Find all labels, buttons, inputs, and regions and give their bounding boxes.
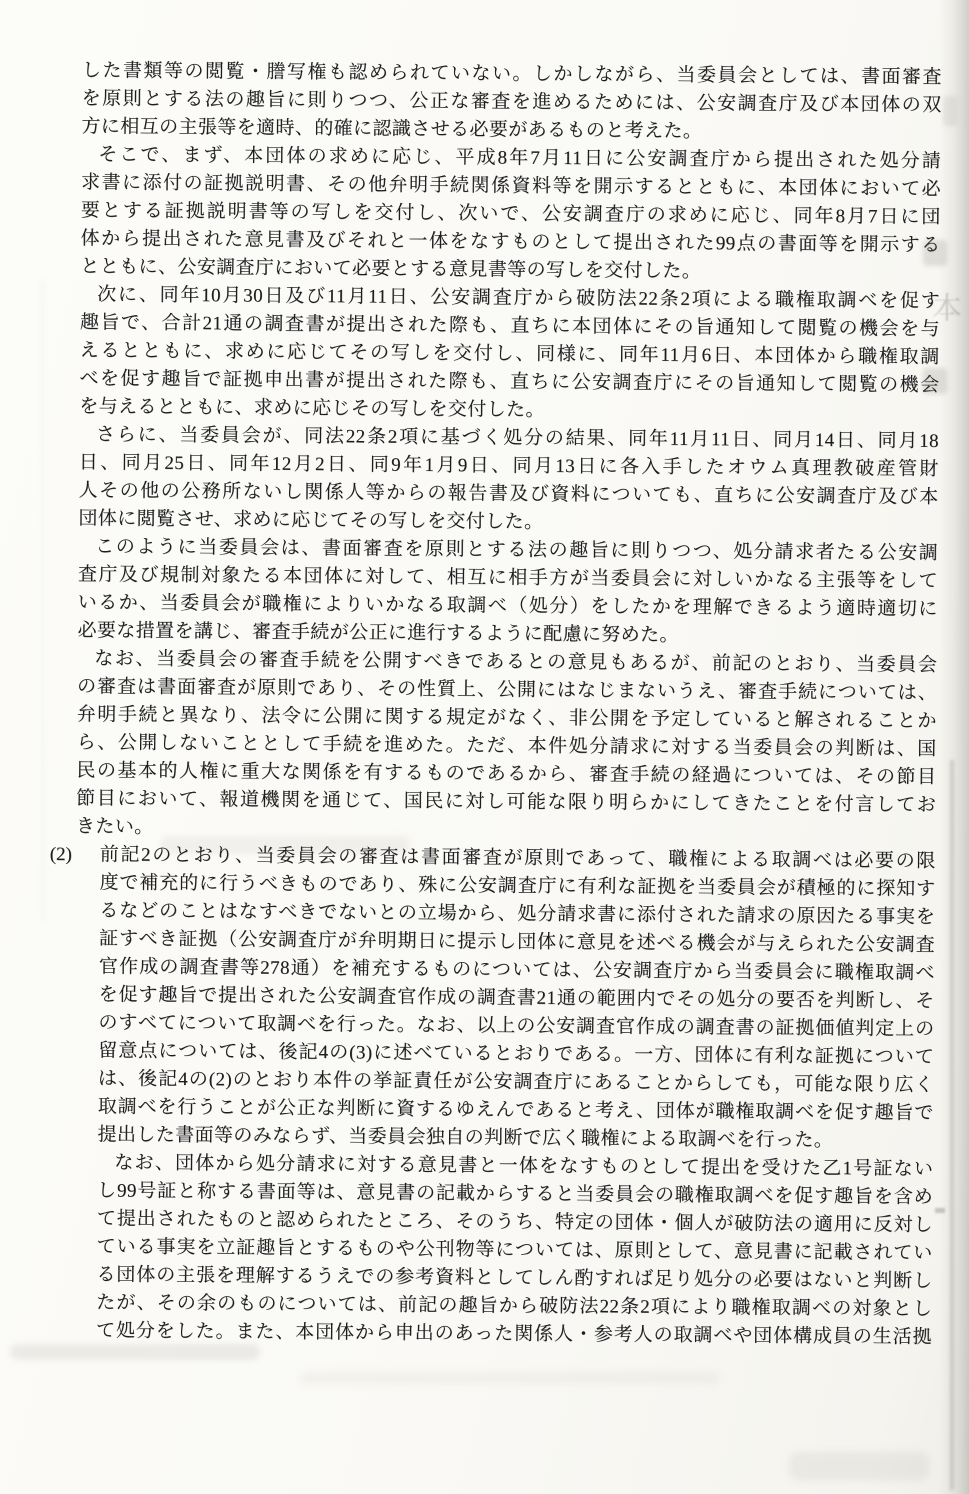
numbered-item-2: (2) 前記2のとおり、当委員会の審査は書面審査が原則であって、職権による取調べ… xyxy=(46,841,936,1352)
scanned-page: した書類等の閲覧・謄写権も認められていない。しかしながら、当委員会としては、書面… xyxy=(0,0,969,1494)
paragraph: このように当委員会は、書面審査を原則とする法の趣旨に則りつつ、処分請求者たる公安… xyxy=(77,533,938,652)
paragraph: さらに、当委員会が、同法22条2項に基づく処分の結果、同年11月11日、同月14… xyxy=(78,421,939,540)
paragraph: 次に、同年10月30日及び11月11日、公安調査庁から破防法22条2項による職権… xyxy=(79,281,940,428)
page-text-content: した書類等の閲覧・謄写権も認められていない。しかしながら、当委員会としては、書面… xyxy=(0,57,969,1353)
pencil-smudge xyxy=(789,1452,929,1480)
item-body: 前記2のとおり、当委員会の審査は書面審査が原則であって、職権による取調べは必要の… xyxy=(96,841,936,1352)
paragraph: 前記2のとおり、当委員会の審査は書面審査が原則であって、職権による取調べは必要の… xyxy=(97,841,935,1156)
paragraph: した書類等の閲覧・謄写権も認められていない。しかしながら、当委員会としては、書面… xyxy=(81,57,942,148)
pencil-smudge xyxy=(10,1344,260,1360)
scan-edge-mark xyxy=(943,96,957,126)
paragraph: なお、当委員会の審査手続を公開すべきであるとの意見もあるが、前記のとおり、当委員… xyxy=(76,645,938,848)
scan-edge-mark xyxy=(935,1208,945,1213)
paper-fold-shadow xyxy=(42,280,44,920)
scan-streak xyxy=(950,760,954,1490)
item-number-label: (2) xyxy=(50,841,100,869)
paragraph: そこで、まず、本団体の求めに応じ、平成8年7月11日に公安調査庁から提出された処… xyxy=(80,141,941,288)
pencil-smudge xyxy=(300,1372,720,1384)
faint-edge-stamp: 本 xyxy=(921,292,965,348)
text-line: て処分をした。また、本団体から申出のあった関係人・参考人の取調べや団体構成員の生… xyxy=(96,1317,932,1352)
paragraph: なお、団体から処分請求に対する意見書と一体をなすものとして提出を受けた乙1号証な… xyxy=(96,1149,934,1352)
